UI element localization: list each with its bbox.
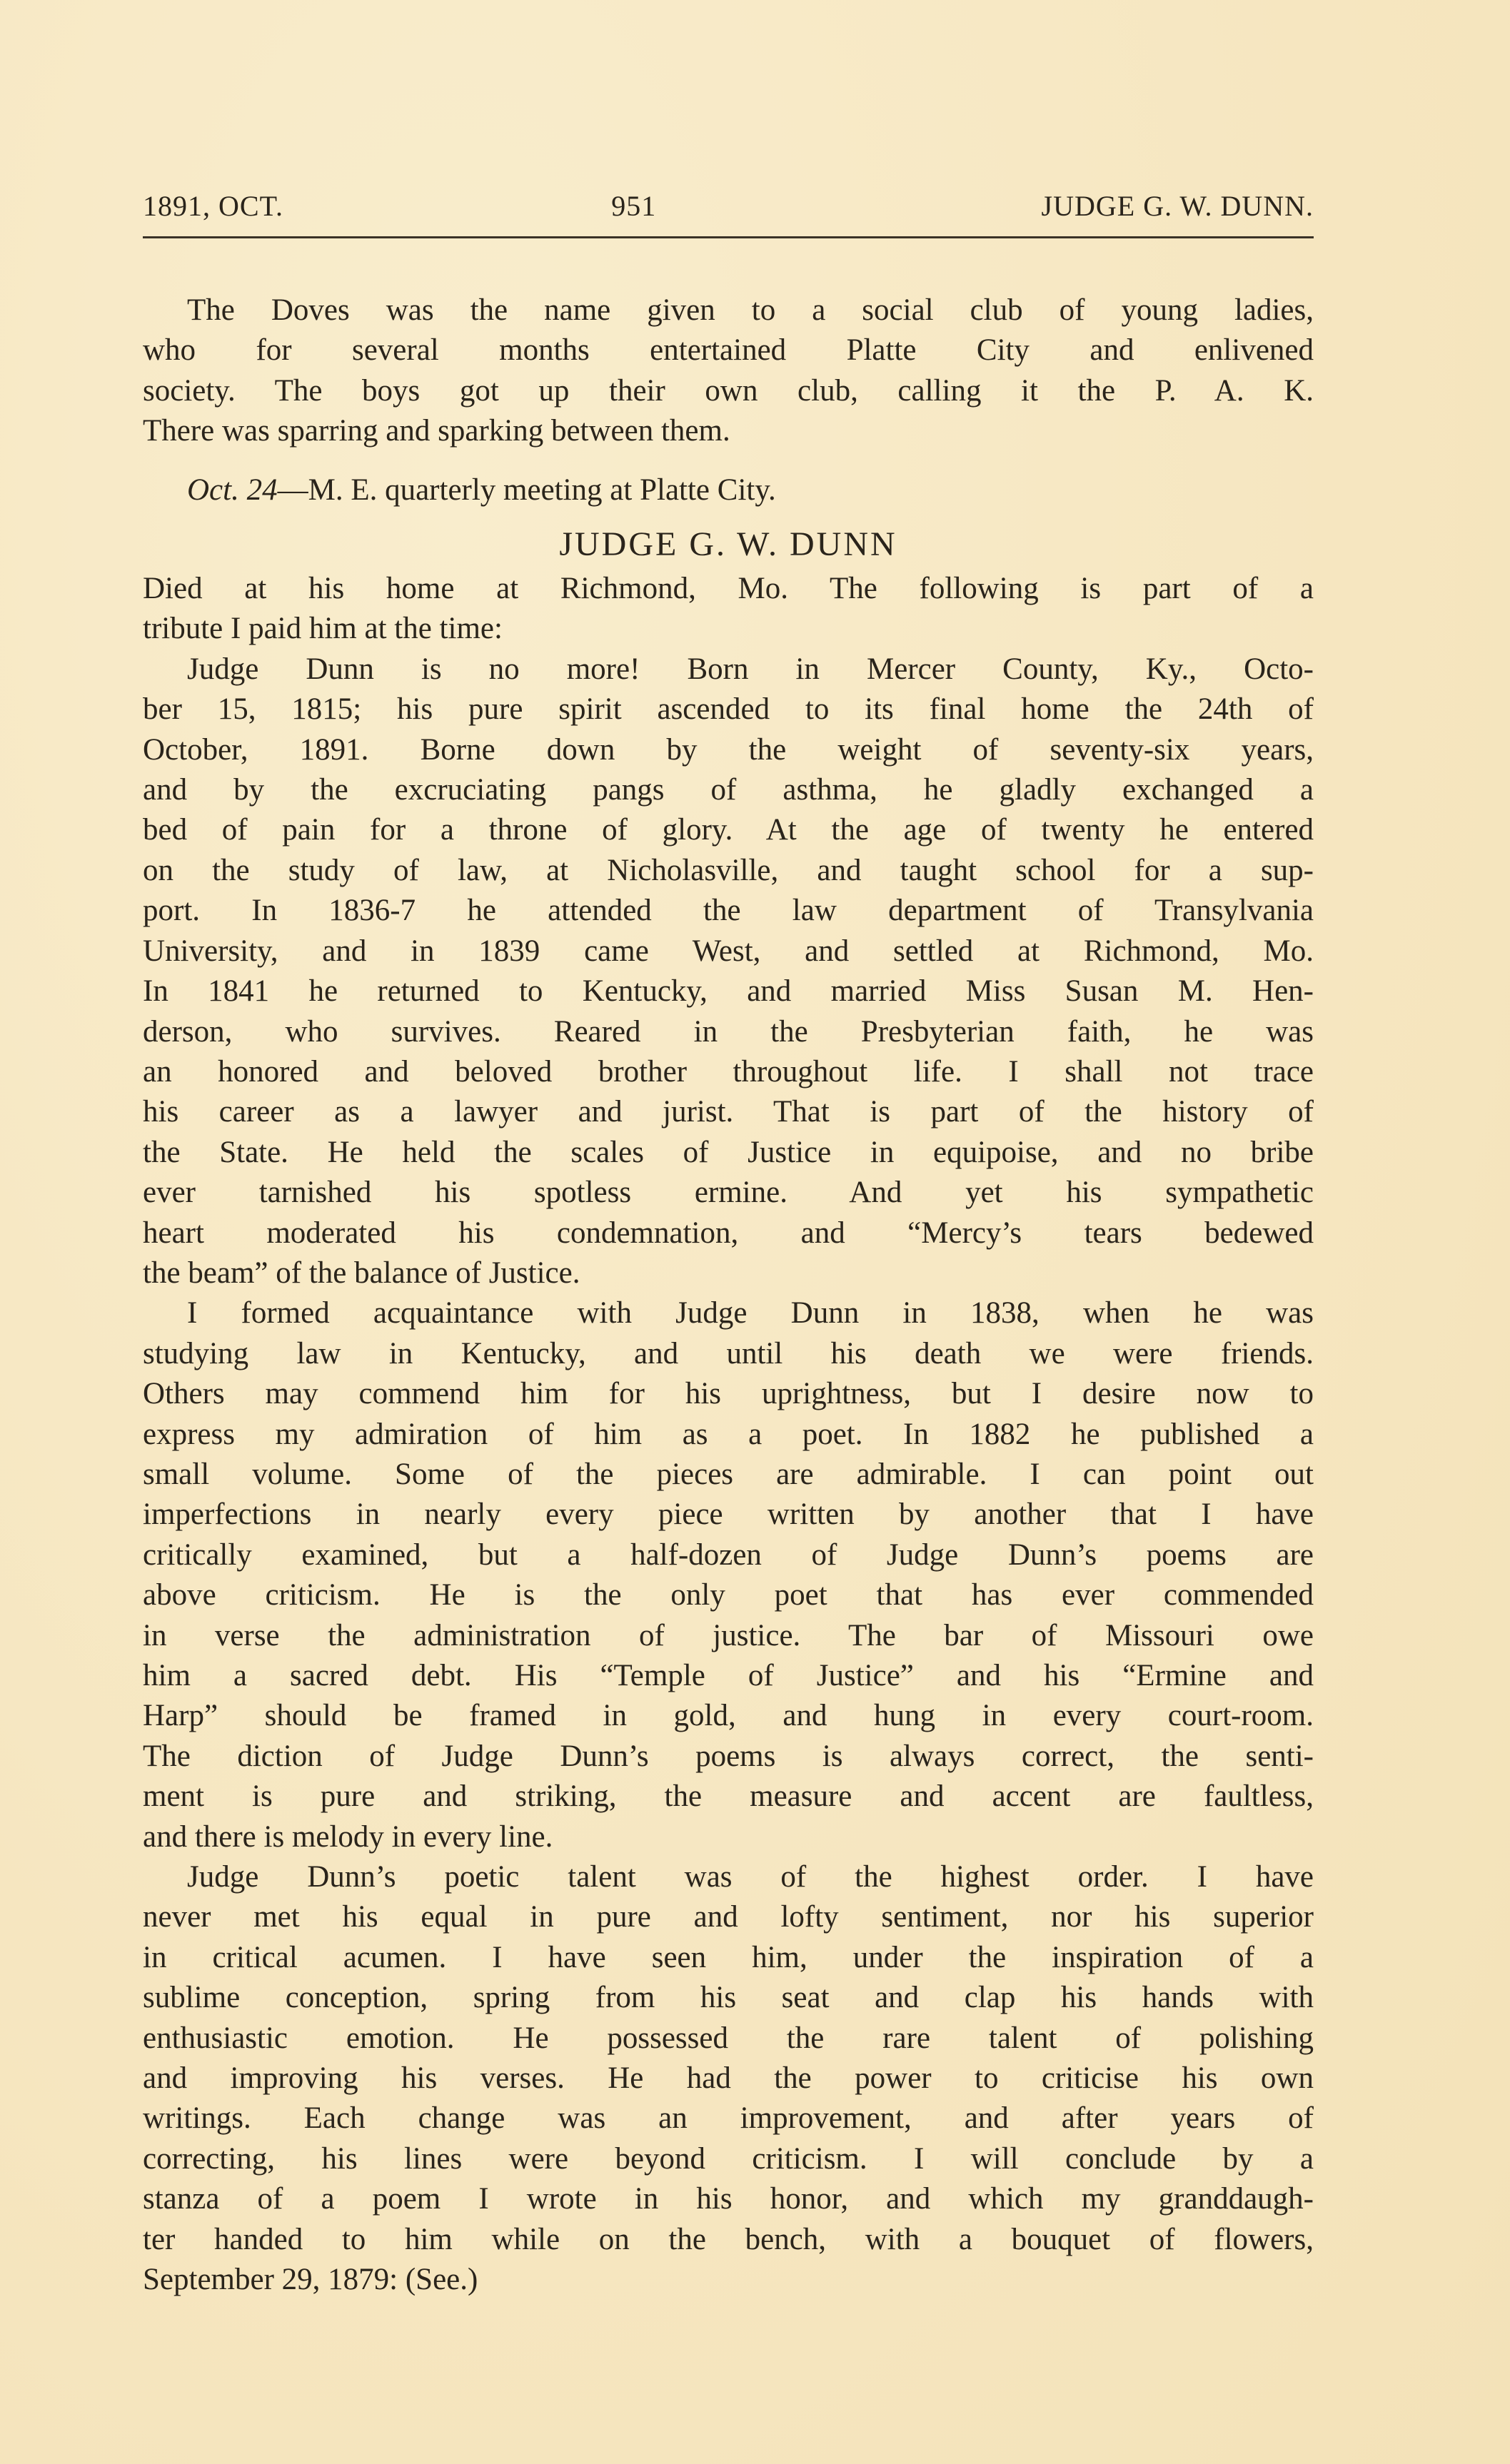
- text-line: and improving his verses. He had the pow…: [143, 2059, 1314, 2099]
- paragraph-tribute-1: Judge Dunn is no more! Born in Mercer Co…: [143, 650, 1314, 1294]
- paragraph-tribute-3: Judge Dunn’s poetic talent was of the hi…: [143, 1857, 1314, 2300]
- running-head-title: JUDGE G. W. DUNN.: [1042, 189, 1314, 223]
- text-line: There was sparring and sparking between …: [143, 411, 1314, 451]
- text-line: his career as a lawyer and jurist. That …: [143, 1092, 1314, 1132]
- text-line: Died at his home at Richmond, Mo. The fo…: [143, 569, 1314, 609]
- text-line: stanza of a poem I wrote in his honor, a…: [143, 2179, 1314, 2219]
- text-line: ber 15, 1815; his pure spirit ascended t…: [143, 690, 1314, 729]
- text-line: sublime conception, spring from his seat…: [143, 1978, 1314, 2018]
- running-head-date: 1891, OCT.: [143, 189, 283, 223]
- text-line: society. The boys got up their own club,…: [143, 371, 1314, 411]
- text-line: In 1841 he returned to Kentucky, and mar…: [143, 971, 1314, 1011]
- text-line: writings. Each change was an improvement…: [143, 2099, 1314, 2139]
- text-line: ever tarnished his spotless ermine. And …: [143, 1173, 1314, 1213]
- text-line: heart moderated his condemnation, and “M…: [143, 1213, 1314, 1253]
- text-line: him a sacred debt. His “Temple of Justic…: [143, 1656, 1314, 1696]
- text-line: Harp” should be framed in gold, and hung…: [143, 1696, 1314, 1736]
- paragraph-doves: The Doves was the name given to a social…: [143, 291, 1314, 452]
- text-line: enthusiastic emotion. He possessed the r…: [143, 2019, 1314, 2059]
- paragraph-tribute-2: I formed acquaintance with Judge Dunn in…: [143, 1293, 1314, 1857]
- text-line: on the study of law, at Nicholasville, a…: [143, 851, 1314, 891]
- section-title: JUDGE G. W. DUNN: [143, 523, 1314, 566]
- paragraph-intro: Died at his home at Richmond, Mo. The fo…: [143, 569, 1314, 650]
- text-line: The Doves was the name given to a social…: [143, 291, 1314, 330]
- text-line: in verse the administration of justice. …: [143, 1616, 1314, 1656]
- book-page: 1891, OCT. 951 JUDGE G. W. DUNN. The Dov…: [143, 189, 1314, 2301]
- entry-date: Oct. 24: [187, 473, 278, 507]
- text-line: an honored and beloved brother throughou…: [143, 1052, 1314, 1092]
- text-line: Others may commend him for his uprightne…: [143, 1374, 1314, 1414]
- running-head: 1891, OCT. 951 JUDGE G. W. DUNN.: [143, 189, 1314, 229]
- page-number: 951: [611, 189, 656, 223]
- text-line: tribute I paid him at the time:: [143, 609, 1314, 649]
- text-line: the State. He held the scales of Justice…: [143, 1133, 1314, 1173]
- dateline-entry: Oct. 24—M. E. quarterly meeting at Platt…: [143, 470, 1314, 510]
- body-text: The Doves was the name given to a social…: [143, 291, 1314, 2301]
- text-line: studying law in Kentucky, and until his …: [143, 1334, 1314, 1374]
- text-line: never met his equal in pure and lofty se…: [143, 1897, 1314, 1937]
- text-line: Judge Dunn’s poetic talent was of the hi…: [143, 1857, 1314, 1897]
- text-line: above criticism. He is the only poet tha…: [143, 1575, 1314, 1615]
- text-line: October, 1891. Borne down by the weight …: [143, 730, 1314, 770]
- text-line: derson, who survives. Reared in the Pres…: [143, 1012, 1314, 1052]
- text-line: who for several months entertained Platt…: [143, 330, 1314, 370]
- text-line: in critical acumen. I have seen him, und…: [143, 1938, 1314, 1978]
- text-line: bed of pain for a throne of glory. At th…: [143, 810, 1314, 850]
- text-line: express my admiration of him as a poet. …: [143, 1415, 1314, 1455]
- text-line: small volume. Some of the pieces are adm…: [143, 1455, 1314, 1495]
- text-line: and there is melody in every line.: [143, 1817, 1314, 1857]
- text-line: and by the excruciating pangs of asthma,…: [143, 770, 1314, 810]
- text-line: The diction of Judge Dunn’s poems is alw…: [143, 1737, 1314, 1777]
- text-line: ter handed to him while on the bench, wi…: [143, 2220, 1314, 2260]
- text-line: Judge Dunn is no more! Born in Mercer Co…: [143, 650, 1314, 690]
- header-rule: [143, 236, 1314, 238]
- text-line: ment is pure and striking, the measure a…: [143, 1777, 1314, 1817]
- text-line: port. In 1836-7 he attended the law depa…: [143, 891, 1314, 931]
- text-line: correcting, his lines were beyond critic…: [143, 2139, 1314, 2179]
- text-line: September 29, 1879: (See.): [143, 2260, 1314, 2300]
- text-line: University, and in 1839 came West, and s…: [143, 931, 1314, 971]
- text-line: the beam” of the balance of Justice.: [143, 1253, 1314, 1293]
- text-line: I formed acquaintance with Judge Dunn in…: [143, 1293, 1314, 1333]
- text-line: critically examined, but a half-dozen of…: [143, 1535, 1314, 1575]
- text-line: imperfections in nearly every piece writ…: [143, 1495, 1314, 1535]
- entry-text: —M. E. quarterly meeting at Platte City.: [278, 473, 776, 507]
